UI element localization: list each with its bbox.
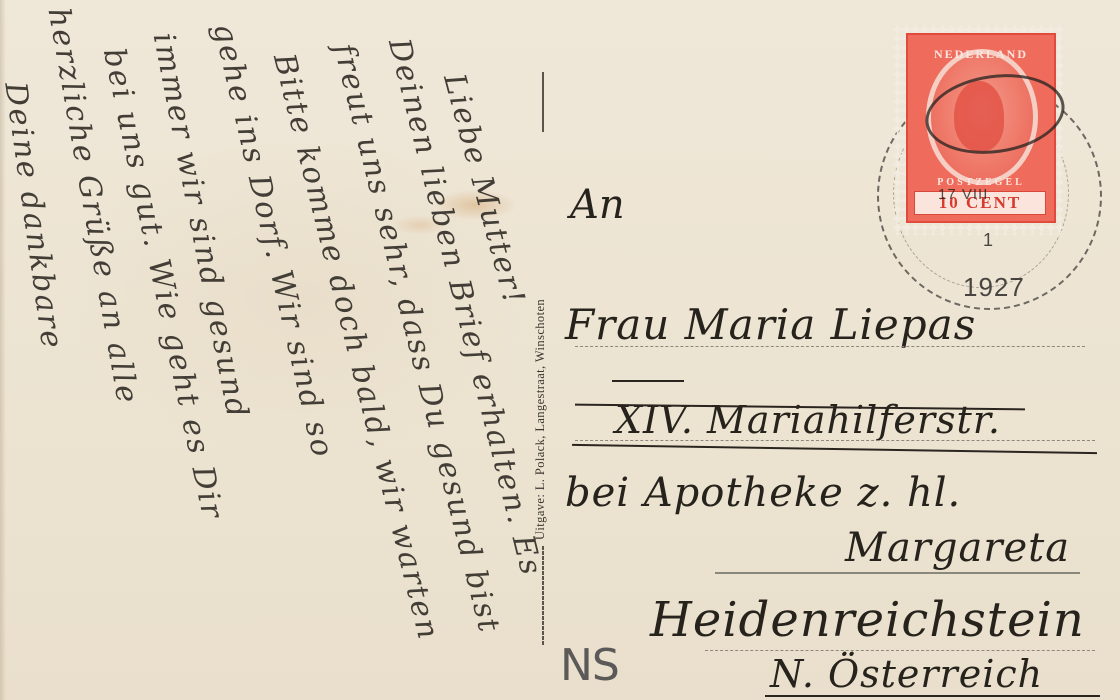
- address-line-3: [715, 572, 1080, 574]
- address-line-2: [575, 440, 1095, 441]
- address-region-underline: [765, 695, 1100, 697]
- address-salutation: An: [570, 182, 625, 228]
- divider-line-top: [542, 72, 544, 132]
- publisher-imprint: Uitgave: L. Polack, Langestraat, Winscho…: [533, 299, 548, 540]
- address-care-of: bei Apotheke z. hl.: [565, 470, 961, 516]
- message-line: herzliche Grüße an alle: [45, 0, 85, 700]
- postmark-date: 17 VIII: [938, 186, 988, 203]
- divider-line-bottom: [542, 546, 544, 646]
- address-region: N. Österreich: [770, 652, 1043, 696]
- postmark-year: 1927: [963, 272, 1025, 303]
- strike-line: [572, 444, 1097, 454]
- address-line-1: [575, 346, 1085, 347]
- postmark-hour: 1: [983, 230, 993, 251]
- stamp-country: NEDERLAND: [908, 47, 1054, 62]
- message-line: Deine dankbare: [2, 0, 42, 700]
- address-pharmacy-name: Margareta: [845, 525, 1070, 571]
- address-line-4: [705, 650, 1095, 651]
- address-town: Heidenreichstein: [650, 592, 1085, 648]
- strike-line: [612, 380, 684, 382]
- postcard: Liebe Mutter! Deinen lieben Brief erhalt…: [0, 0, 1120, 700]
- pencil-note: NS: [560, 640, 619, 691]
- address-recipient: Frau Maria Liepas: [565, 300, 976, 349]
